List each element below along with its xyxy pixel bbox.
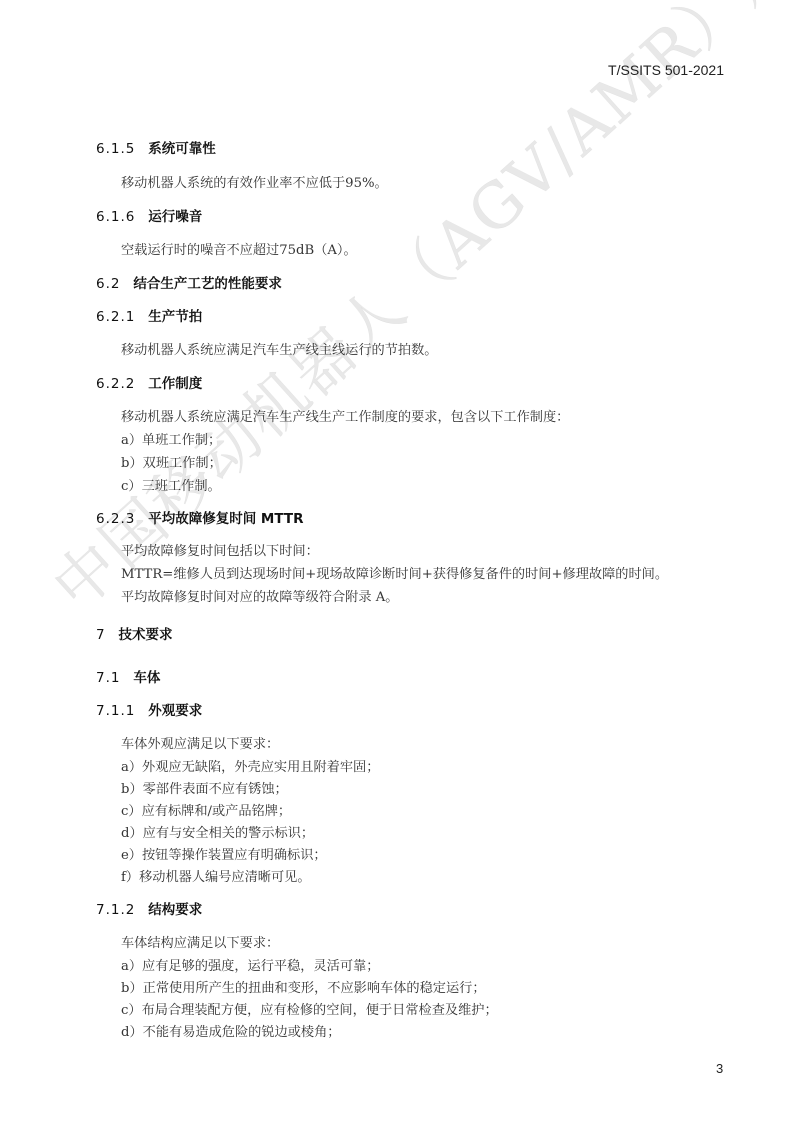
list-item: a）应有足够的强度，运行平稳，灵活可靠；: [121, 955, 379, 974]
paragraph: 移动机器人系统应满足汽车生产线主线运行的节拍数。: [121, 339, 438, 358]
section-title: 外观要求: [148, 703, 202, 719]
paragraph: 空载运行时的噪音不应超过75dB（A）。: [121, 239, 357, 258]
section-title: 系统可靠性: [148, 141, 216, 157]
section-number: 6.2: [96, 276, 120, 292]
paragraph: 车体外观应满足以下要求：: [121, 733, 279, 752]
heading-6-2-1: 6.2.1 生产节拍: [96, 305, 202, 325]
paragraph: 移动机器人系统应满足汽车生产线生产工作制度的要求，包含以下工作制度：: [121, 406, 569, 425]
section-title: 工作制度: [148, 376, 202, 392]
list-item: b）正常使用所产生的扭曲和变形，不应影响车体的稳定运行；: [121, 977, 486, 996]
heading-7-1-1: 7.1.1 外观要求: [96, 699, 202, 719]
heading-6-1-5: 6.1.5 系统可靠性: [96, 137, 216, 157]
section-title: 平均故障修复时间 MTTR: [148, 511, 303, 527]
heading-7-1: 7.1 车体: [96, 666, 160, 686]
section-number: 6.2.3: [96, 511, 135, 527]
list-item: a）外观应无缺陷，外壳应实用且附着牢固；: [121, 756, 379, 775]
paragraph: MTTR=维修人员到达现场时间+现场故障诊断时间+获得修复备件的时间+修理故障的…: [121, 563, 668, 582]
heading-6-2-2: 6.2.2 工作制度: [96, 372, 202, 392]
heading-6-2: 6.2 结合生产工艺的性能要求: [96, 272, 282, 292]
list-item: c）三班工作制。: [121, 475, 221, 494]
section-number: 7.1.2: [96, 902, 135, 918]
section-title: 技术要求: [118, 627, 172, 643]
paragraph: 平均故障修复时间包括以下时间：: [121, 540, 319, 559]
section-title: 运行噪音: [148, 209, 202, 225]
section-title: 结构要求: [148, 902, 202, 918]
section-number: 6.1.6: [96, 209, 135, 225]
section-number: 7.1.1: [96, 703, 135, 719]
list-item: d）不能有易造成危险的锐边或棱角；: [121, 1021, 340, 1040]
section-number: 6.2.1: [96, 309, 135, 325]
section-number: 7.1: [96, 670, 120, 686]
paragraph: 车体结构应满足以下要求：: [121, 932, 279, 951]
section-title: 结合生产工艺的性能要求: [133, 276, 282, 292]
heading-7: 7 技术要求: [96, 623, 172, 643]
list-item: c）布局合理装配方便，应有检修的空间，便于日常检查及维护；: [121, 999, 498, 1018]
standard-code: T/SSITS 501-2021: [608, 62, 724, 78]
paragraph: 移动机器人系统的有效作业率不应低于95%。: [121, 172, 388, 191]
page-number: 3: [716, 1061, 723, 1076]
list-item: b）零部件表面不应有锈蚀；: [121, 778, 288, 797]
list-item: a）单班工作制；: [121, 429, 221, 448]
heading-6-2-3: 6.2.3 平均故障修复时间 MTTR: [96, 507, 304, 527]
section-number: 7: [96, 627, 106, 643]
document-page: 中国移动机器人（AGV/AMR）产业联盟 T/SSITS 501-2021 6.…: [0, 0, 800, 1132]
list-item: e）按钮等操作装置应有明确标识；: [121, 844, 327, 863]
list-item: d）应有与安全相关的警示标识；: [121, 822, 314, 841]
section-number: 6.2.2: [96, 376, 135, 392]
heading-7-1-2: 7.1.2 结构要求: [96, 898, 202, 918]
section-title: 生产节拍: [148, 309, 202, 325]
list-item: b）双班工作制；: [121, 452, 222, 471]
list-item: c）应有标牌和/或产品铭牌；: [121, 800, 291, 819]
heading-6-1-6: 6.1.6 运行噪音: [96, 205, 202, 225]
section-number: 6.1.5: [96, 141, 135, 157]
section-title: 车体: [133, 670, 160, 686]
paragraph: 平均故障修复时间对应的故障等级符合附录 A。: [121, 586, 398, 605]
list-item: f）移动机器人编号应清晰可见。: [121, 866, 311, 885]
